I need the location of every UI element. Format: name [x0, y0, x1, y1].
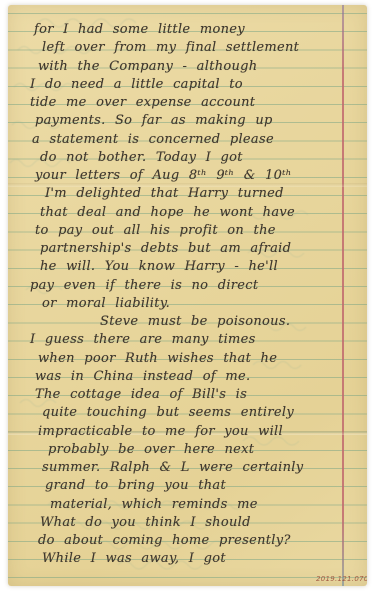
- letter-line: a statement is concerned please: [8, 131, 367, 149]
- letter-line: While I was away, I got: [8, 550, 367, 568]
- letter-line: with the Company - although: [8, 58, 367, 76]
- letter-line: probably be over here next: [8, 441, 367, 459]
- letter-line: pay even if there is no direct: [8, 277, 367, 295]
- letter-line: partnership's debts but am afraid: [8, 240, 367, 258]
- letter-line: tide me over expense account: [8, 94, 367, 112]
- letter-line: for I had some little money: [8, 21, 367, 39]
- letter-paper: for I had some little money left over fr…: [8, 5, 367, 586]
- letter-line: or moral liability.: [8, 295, 367, 313]
- letter-line: when poor Ruth wishes that he: [8, 350, 367, 368]
- letter-line: he will. You know Harry - he'll: [8, 258, 367, 276]
- letter-line: I'm delighted that Harry turned: [8, 185, 367, 203]
- scan-background: for I had some little money left over fr…: [0, 0, 390, 600]
- letter-line: grand to bring you that: [8, 477, 367, 495]
- letter-line: your letters of Aug 8ᵗʰ 9ᵗʰ & 10ᵗʰ: [8, 167, 367, 185]
- letter-line: payments. So far as making up: [8, 112, 367, 130]
- letter-line: that deal and hope he wont have: [8, 204, 367, 222]
- letter-body: for I had some little money left over fr…: [8, 21, 367, 569]
- letter-line: summer. Ralph & L were certainly: [8, 459, 367, 477]
- letter-line: left over from my final settlement: [8, 39, 367, 57]
- letter-line: Steve must be poisonous.: [8, 313, 367, 331]
- letter-line: material, which reminds me: [8, 496, 367, 514]
- letter-line: I guess there are many times: [8, 331, 367, 349]
- catalog-number: 2019.121.0705c: [316, 575, 367, 583]
- letter-line: was in China instead of me.: [8, 368, 367, 386]
- letter-line: What do you think I should: [8, 514, 367, 532]
- letter-line: quite touching but seems entirely: [8, 404, 367, 422]
- letter-line: do not bother. Today I got: [8, 149, 367, 167]
- letter-line: to pay out all his profit on the: [8, 222, 367, 240]
- letter-line: The cottage idea of Bill's is: [8, 386, 367, 404]
- letter-line: I do need a little capital to: [8, 76, 367, 94]
- letter-line: impracticable to me for you will: [8, 423, 367, 441]
- letter-line: do about coming home presently?: [8, 532, 367, 550]
